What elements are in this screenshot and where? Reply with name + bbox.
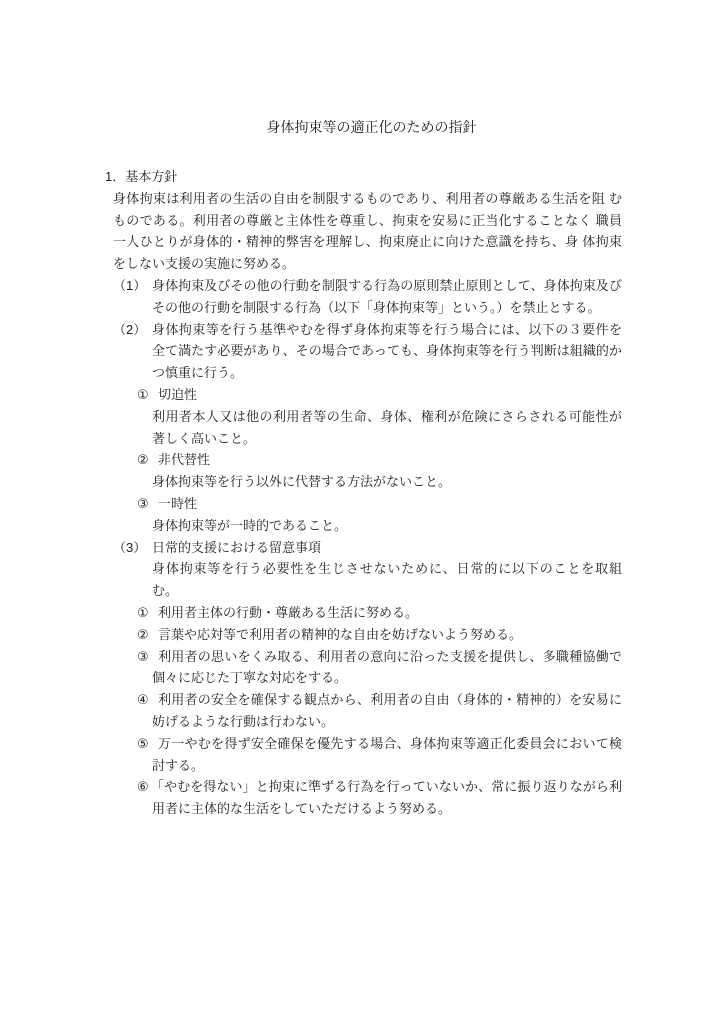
daily-point-1-marker: ①	[137, 602, 149, 624]
daily-point-5-text: 万一やむを得ず安全確保を優先する場合、身体拘束等適正化委員会において検	[158, 736, 622, 751]
daily-point-4-text: 利用者の安全を確保する観点から、利用者の自由（身体的・精神的）を安易に	[158, 692, 622, 707]
daily-point-5-line: 討する。	[0, 755, 724, 777]
item-2-text: 身体拘束等を行う基準やむを得ず身体拘束等を行う場合には、以下の３要件を	[152, 322, 622, 337]
section-1-title: 基本方針	[125, 169, 177, 184]
item-1-marker: （1）	[113, 275, 146, 297]
requirement-1-line: 著しく高いこと。	[0, 428, 724, 450]
item-3-heading: （3）日常的支援における留意事項	[0, 537, 724, 559]
item-2-marker: （2）	[113, 319, 146, 341]
daily-point-2-line: ②言葉や応対等で利用者の精神的な自由を妨げないよう努める。	[0, 624, 724, 646]
intro-line: ものである。利用者の尊厳と主体性を尊重し、拘束を安易に正当化することなく 職員	[0, 210, 724, 232]
item-2-line: つ慎重に行う。	[0, 362, 724, 384]
daily-point-3-text: 利用者の思いをくみ取る、利用者の意向に沿った支援を提供し、多職種協働で	[158, 649, 622, 664]
requirement-1-heading: ①切迫性	[0, 384, 724, 406]
document-title: 身体拘束等の適正化のための指針	[105, 116, 638, 138]
daily-point-6-text: 「やむを得ない」と拘束に準ずる行為を行っていないか、常に振り返りながら利	[151, 779, 622, 794]
daily-point-4-line: 妨げるような行動は行わない。	[0, 711, 724, 733]
intro-line: をしない支援の実施に努める。	[0, 253, 724, 275]
requirement-2-name: 非代替性	[158, 452, 210, 467]
requirement-3-heading: ③一時性	[0, 493, 724, 515]
requirement-1-marker: ①	[137, 384, 149, 406]
requirement-2-marker: ②	[137, 449, 149, 471]
daily-point-1-text: 利用者主体の行動・尊厳ある生活に努める。	[158, 605, 418, 620]
daily-point-1-line: ①利用者主体の行動・尊厳ある生活に努める。	[0, 602, 724, 624]
section-1-number: 1．	[105, 169, 125, 184]
requirement-3-marker: ③	[137, 493, 149, 515]
daily-point-3-line: 個々に応じた丁寧な対応をする。	[0, 667, 724, 689]
item-3-line: 身体拘束等を行う必要性を生じさせないために、日常的に以下のことを取組	[0, 558, 724, 580]
daily-point-2-text: 言葉や応対等で利用者の精神的な自由を妨げないよう努める。	[158, 627, 522, 642]
document-page: 身体拘束等の適正化のための指針 1．基本方針 身体拘束は利用者の生活の自由を制限…	[0, 0, 724, 1024]
item-3-title: 日常的支援における留意事項	[152, 540, 321, 555]
item-1-line: （1）身体拘束及びその他の行動を制限する行為の原則禁止原則として、身体拘束及び	[0, 275, 724, 297]
requirement-2-line: 身体拘束等を行う以外に代替する方法がないこと。	[0, 471, 724, 493]
item-3-line: む。	[0, 580, 724, 602]
section-1-heading: 1．基本方針	[0, 166, 724, 188]
daily-point-3-marker: ③	[137, 646, 149, 668]
intro-line: 身体拘束は利用者の生活の自由を制限するものであり、利用者の尊厳ある生活を阻 む	[0, 188, 724, 210]
daily-point-5-marker: ⑤	[137, 733, 149, 755]
item-1-text: 身体拘束及びその他の行動を制限する行為の原則禁止原則として、身体拘束及び	[152, 278, 622, 293]
requirement-1-line: 利用者本人又は他の利用者等の生命、身体、権利が危険にさらされる可能性が	[0, 406, 724, 428]
daily-point-4-line: ④利用者の安全を確保する観点から、利用者の自由（身体的・精神的）を安易に	[0, 689, 724, 711]
daily-point-4-marker: ④	[137, 689, 149, 711]
item-3-marker: （3）	[113, 537, 146, 559]
daily-point-2-marker: ②	[137, 624, 149, 646]
item-1-line: その他の行動を制限する行為（以下「身体拘束等」という。）を禁止とする。	[0, 297, 724, 319]
requirement-1-name: 切迫性	[158, 387, 197, 402]
daily-point-6-line: ⑥「やむを得ない」と拘束に準ずる行為を行っていないか、常に振り返りながら利	[0, 776, 724, 798]
requirement-2-heading: ②非代替性	[0, 449, 724, 471]
daily-point-3-line: ③利用者の思いをくみ取る、利用者の意向に沿った支援を提供し、多職種協働で	[0, 646, 724, 668]
item-2-line: （2）身体拘束等を行う基準やむを得ず身体拘束等を行う場合には、以下の３要件を	[0, 319, 724, 341]
daily-point-5-line: ⑤万一やむを得ず安全確保を優先する場合、身体拘束等適正化委員会において検	[0, 733, 724, 755]
intro-line: 一人ひとりが身体的・精神的弊害を理解し、拘束廃止に向けた意識を持ち、身 体拘束	[0, 231, 724, 253]
daily-point-6-marker: ⑥	[137, 776, 149, 798]
requirement-3-line: 身体拘束等が一時的であること。	[0, 515, 724, 537]
requirement-3-name: 一時性	[158, 496, 197, 511]
item-2-line: 全て満たす必要があり、その場合であっても、身体拘束等を行う判断は組織的か	[0, 340, 724, 362]
daily-point-6-line: 用者に主体的な生活をしていただけるよう努める。	[0, 798, 724, 820]
